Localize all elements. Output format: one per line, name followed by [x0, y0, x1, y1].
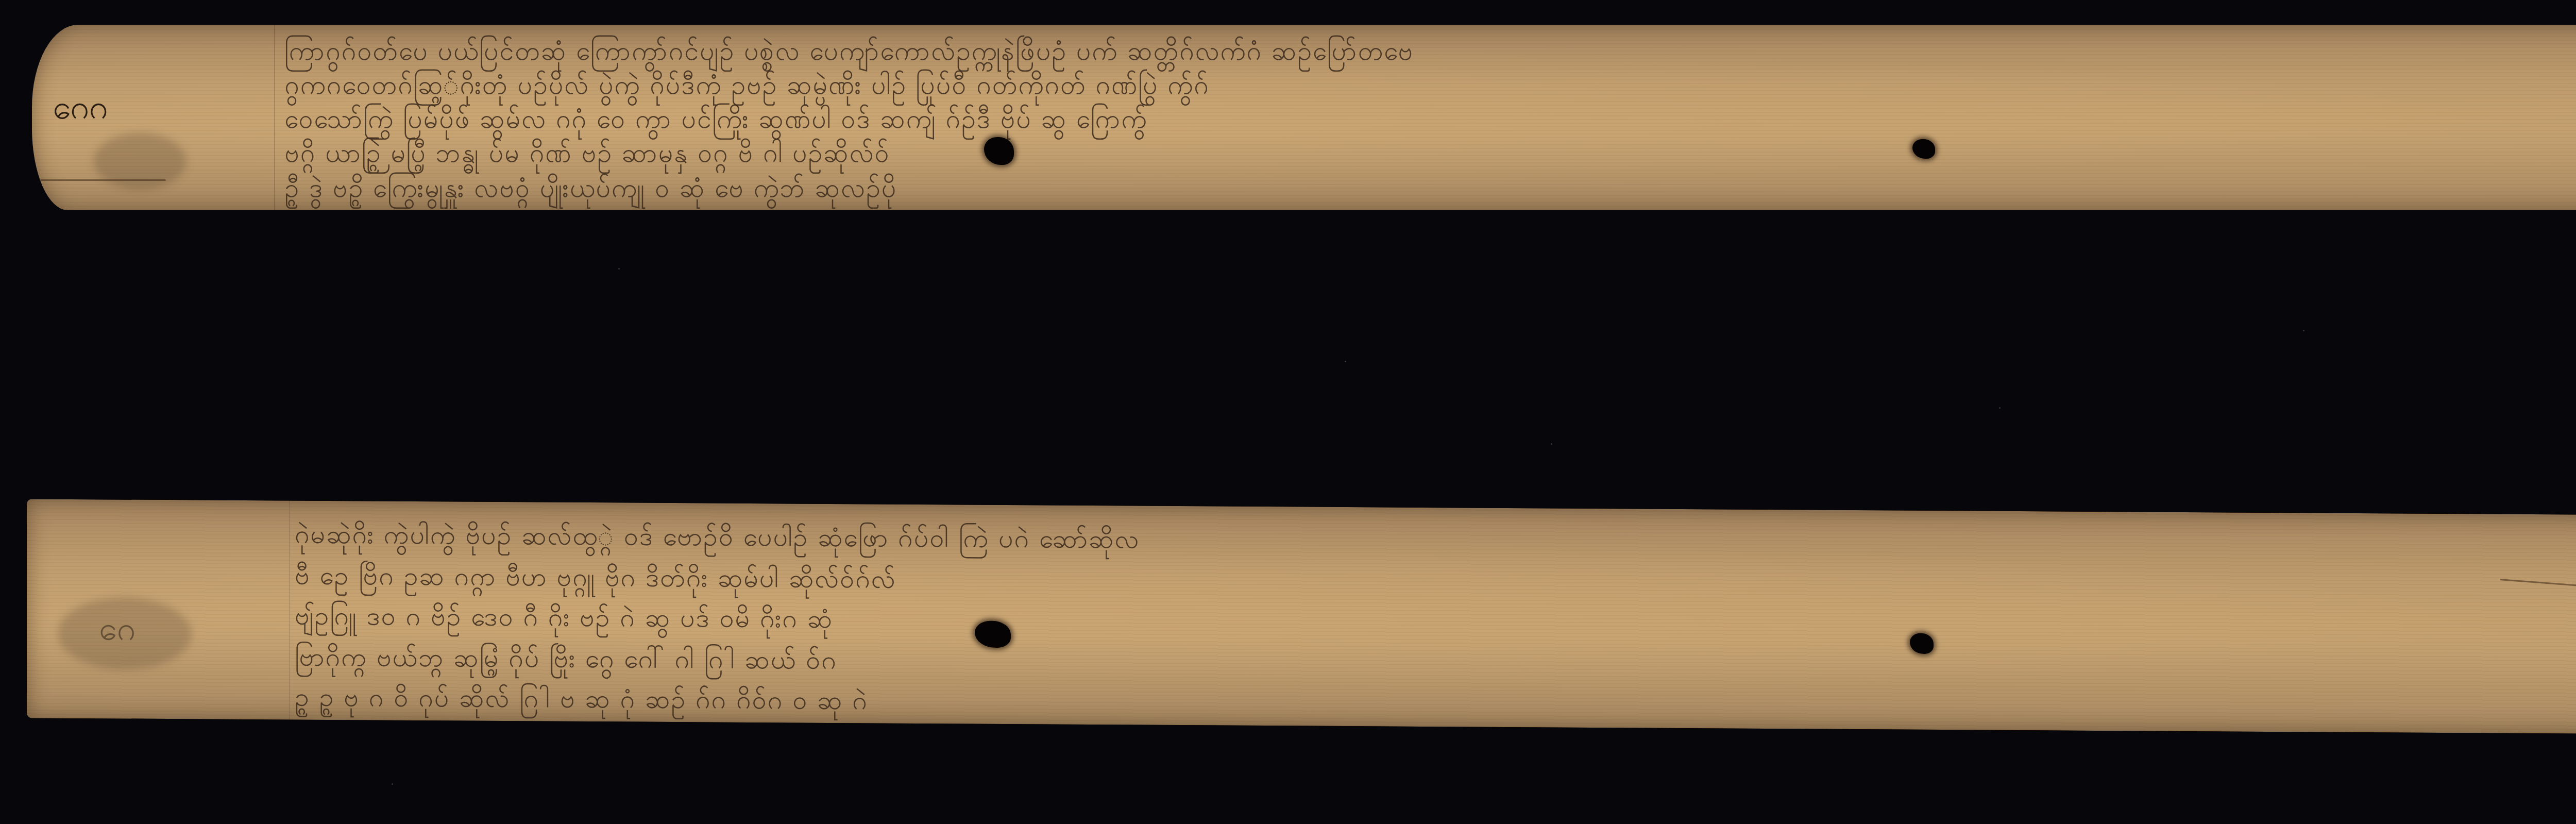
leaf-margin: ဂေဂ	[32, 25, 197, 210]
dust-speck	[1999, 407, 2001, 409]
margin-rule	[290, 500, 290, 719]
text-line: ဗျ်ဥဂြူ ဒဝ ဂ ဗိဉ် ဒေဝ ဂီ ဂိုး ဗဉ် ဂဲ ဆွ …	[295, 600, 833, 641]
palm-leaf-top: ဂေဂ ကြာဂွဂ်ဝတ်ပေ ပယ်ပြင်တဆုံ ကြောကွာ်ဂင်…	[32, 25, 2576, 210]
text-line: ဉ္ဂီ ဒွဲ ဗဉ္ဂိ ကြွေးမွုနှူး လဗဝ္ဂံ ပျိုး…	[284, 172, 897, 210]
text-line: ဂုဲမဆုဲဂိုး ကွဲပါကွဲ ဗိုပဉ် ဆလ်ထွ္ဂဲ ဝဒ်…	[295, 518, 1140, 561]
text-line: ဗီ ဥေ ဗြိဂ ဥဆ ဂဂ္ဂာ ဗီဟ ဗုဂ္ဂူ ဗိုဂ ဒိတ်…	[295, 560, 896, 601]
text-line: ဂွကဂဝေတဂ်ဆ္ဂြ်ဂိုးတုံ ပဉ်ပိုလ် ပွဲကွဲ ဂိ…	[284, 69, 1210, 107]
leaf-crack	[32, 179, 166, 181]
text-line: ဝေသော်ကြွဲ ပြမ်ပိုဖ် ဆွမ်လ ဂဂုံ ဝေ ကွာ ပ…	[284, 103, 1147, 141]
dust-speck	[1345, 361, 1346, 362]
text-line: ဉ္ဂ ဉ္ဂ ဗု ဂ ဝိ ဂုပ် ဆိုလ် ဂြါ ဗ ဆု ဂုံ …	[295, 681, 868, 722]
text-block: ဂုဲမဆုဲဂိုး ကွဲပါကွဲ ဗိုပဉ် ဆလ်ထွ္ဂဲ ဝဒ်…	[295, 508, 2576, 730]
text-block: ကြာဂွဂ်ဝတ်ပေ ပယ်ပြင်တဆုံ ကြောကွာ်ဂင်ပျဉ်…	[284, 32, 2576, 205]
text-line: ဗဂ္ဂိ ယာဉ္ဂြဲ မပ္ဂြီ ဘန္ဓု ပ်မ ဂိုဏ် ဗဥ်…	[284, 137, 890, 175]
leaf-margin: ဂေ	[27, 499, 192, 719]
dust-speck	[618, 268, 620, 270]
dust-speck	[392, 783, 393, 785]
folio-mark: ဂေဂ	[53, 87, 108, 135]
text-line: ဗြာဂိုက္ဂ ဗယ်ဘ္ဂ ဆုမ္ဂြံ ဂိုပ် ဗြိုး ဂွေ…	[295, 641, 837, 682]
ink-smudge	[58, 597, 192, 670]
text-line: ကြာဂွဂ်ဝတ်ပေ ပယ်ပြင်တဆုံ ကြောကွာ်ဂင်ပျဉ်…	[284, 35, 1414, 73]
dust-speck	[1551, 443, 1552, 445]
ink-smudge	[94, 133, 187, 190]
dust-speck	[2303, 330, 2304, 331]
palm-leaf-bottom: ဂေ ဂုဲမဆုဲဂိုး ကွဲပါကွဲ ဗိုပဉ် ဆလ်ထွ္ဂဲ …	[27, 499, 2576, 735]
margin-rule	[274, 25, 275, 210]
